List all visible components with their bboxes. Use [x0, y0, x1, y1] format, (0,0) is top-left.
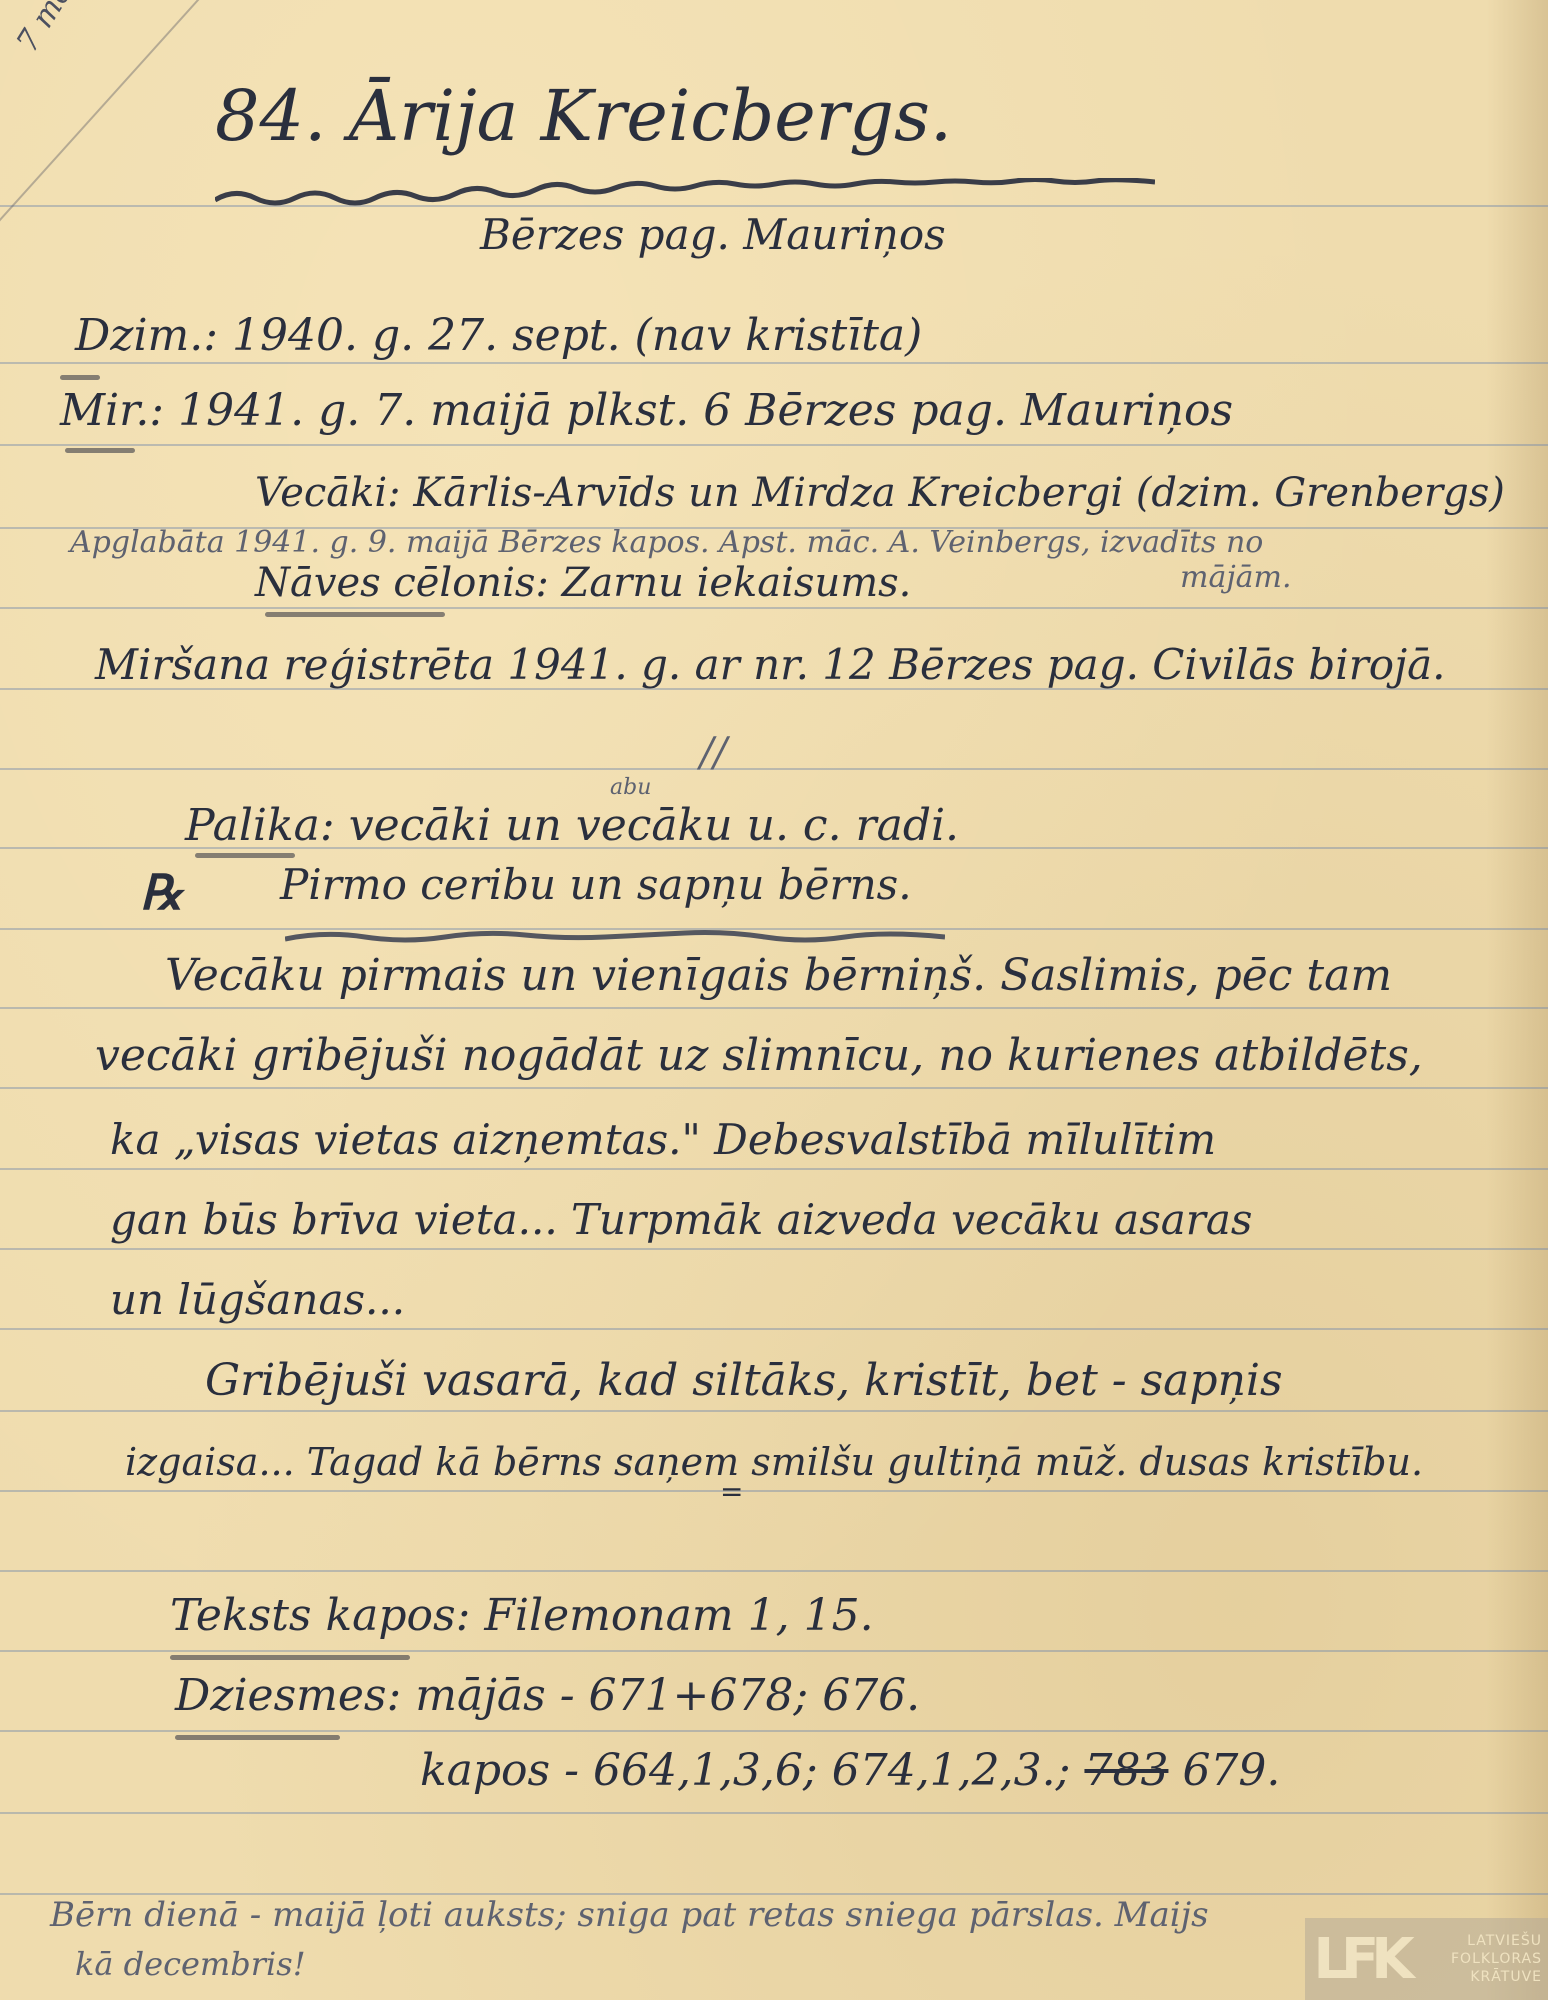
body-line: vecāki gribējuši nogādāt uz slimnīcu, no… — [95, 1030, 1423, 1081]
rx-mark: ℞ — [140, 865, 183, 921]
songs-grave-suffix: 679. — [1182, 1745, 1280, 1796]
ruled-line — [0, 362, 1548, 364]
ruled-line — [0, 768, 1548, 770]
watermark-line: FOLKLORAS — [1451, 1950, 1542, 1968]
sermon-label-underline — [170, 1655, 410, 1660]
watermark-text: LATVIEŠU FOLKLORAS KRĀTUVE — [1415, 1932, 1548, 1986]
watermark-line: LATVIEŠU — [1467, 1932, 1542, 1950]
location-subtitle: Bērzes pag. Mauriņos — [480, 210, 946, 259]
heading-wavy-underline — [285, 922, 945, 952]
ruled-line — [0, 1248, 1548, 1250]
parents-line: Vecāki: Kārlis-Arvīds un Mirdza Kreicber… — [255, 470, 1505, 516]
death-label-underline — [65, 448, 135, 453]
ruled-line — [0, 1570, 1548, 1572]
ruled-line — [0, 1490, 1548, 1492]
margin-note: 7 mēn. vecs — [10, 0, 135, 59]
ruled-line — [0, 1812, 1548, 1814]
equals-mark: = — [720, 1475, 743, 1508]
ruled-line — [0, 1730, 1548, 1732]
birth-line: Dzim.: 1940. g. 27. sept. (nav kristīta) — [75, 310, 922, 361]
survived-by-line: Palika: vecāki un vecāku u. c. radi. — [185, 800, 959, 851]
songs-grave-line: kapos - 664,1,3,6; 674,1,2,3.; 783 679. — [420, 1745, 1280, 1796]
archive-watermark-logo: LFK LATVIEŠU FOLKLORAS KRĀTUVE — [1305, 1918, 1548, 2000]
ruled-line — [0, 1410, 1548, 1412]
songs-label-underline — [175, 1735, 340, 1740]
survived-label-underline — [195, 853, 295, 858]
cause-of-death-line: Nāves cēlonis: Zarnu iekaisums. — [255, 560, 911, 606]
body-line: ka „visas vietas aizņemtas." Debesvalstī… — [110, 1115, 1216, 1164]
ruled-line — [0, 1168, 1548, 1170]
title-wavy-underline — [215, 178, 1155, 208]
ruled-line — [0, 607, 1548, 609]
body-line: izgaisa... Tagad kā bērns saņem smilšu g… — [125, 1440, 1423, 1484]
burial-line-continuation: mājām. — [1180, 560, 1292, 595]
watermark-line: KRĀTUVE — [1470, 1968, 1542, 1986]
songs-grave-prefix: kapos - 664,1,3,6; 674,1,2,3.; — [420, 1745, 1070, 1796]
songs-grave-struck: 783 — [1084, 1745, 1168, 1796]
insertion-above: abu — [610, 775, 651, 800]
footer-note-line1: Bērn dienā - maijā ļoti auksts; sniga pa… — [50, 1895, 1209, 1935]
sermon-text-line: Teksts kapos: Filemonam 1, 15. — [170, 1590, 874, 1641]
ruled-line — [0, 1087, 1548, 1089]
death-line: Mir.: 1941. g. 7. maijā plkst. 6 Bērzes … — [60, 385, 1233, 436]
section-heading: Pirmo ceribu un sapņu bērns. — [280, 860, 912, 909]
songs-home-line: Dziesmes: mājās - 671+678; 676. — [175, 1670, 920, 1721]
ruled-line — [0, 1650, 1548, 1652]
body-line: un lūgšanas... — [110, 1275, 405, 1324]
page-title: 84. Ārija Kreicbergs. — [215, 75, 952, 157]
burial-line: Apglabāta 1941. g. 9. maijā Bērzes kapos… — [70, 525, 1263, 560]
registration-line: Miršana reģistrēta 1941. g. ar nr. 12 Bē… — [95, 640, 1445, 689]
birth-label-underline — [60, 375, 100, 380]
lfk-logo-icon: LFK — [1305, 1918, 1415, 2000]
ruled-line — [0, 444, 1548, 446]
footer-note-line2: kā decembris! — [75, 1945, 306, 1983]
body-line: Gribējuši vasarā, kad siltāks, kristīt, … — [205, 1355, 1283, 1406]
separator-mark: // — [700, 730, 727, 776]
ruled-line — [0, 1007, 1548, 1009]
cause-label-underline — [265, 612, 445, 617]
ruled-line — [0, 1328, 1548, 1330]
body-line: Vecāku pirmais un vienīgais bērniņš. Sas… — [165, 950, 1392, 1001]
body-line: gan būs brīva vieta... Turpmāk aizveda v… — [110, 1195, 1252, 1244]
